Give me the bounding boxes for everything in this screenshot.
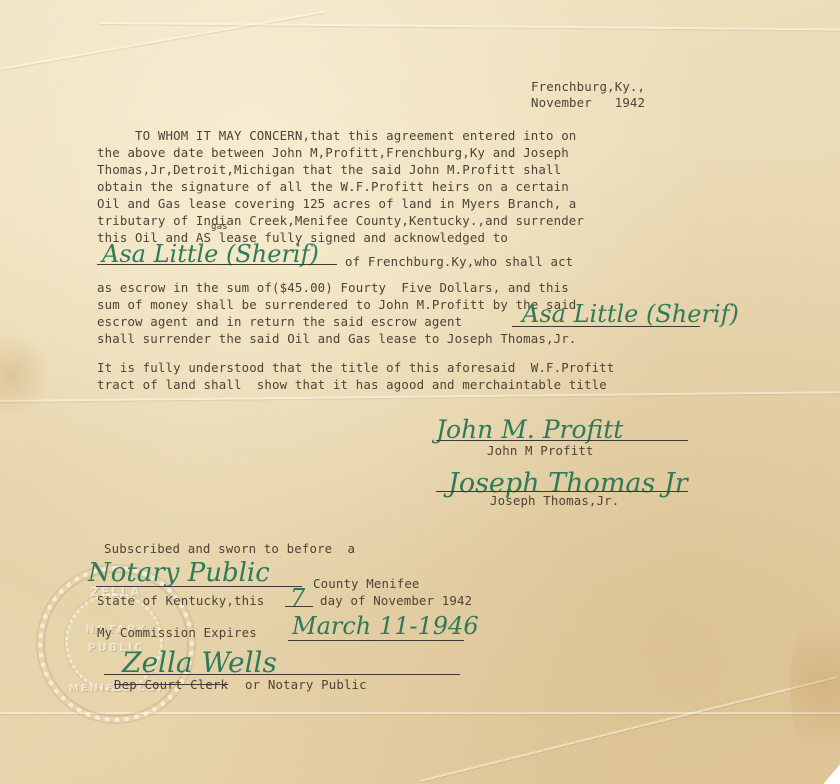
state-line-prefix: State of Kentucky,this xyxy=(97,593,264,609)
typed-name-joseph-thomas: Joseph Thomas,Jr. xyxy=(490,493,619,509)
body-line: of Frenchburg.Ky,who shall act xyxy=(345,254,573,270)
state-line-suffix: day of November 1942 xyxy=(320,593,472,609)
fill-line xyxy=(285,606,313,607)
header-date: November 1942 xyxy=(531,95,645,111)
body-line: the above date between John M,Profitt,Fr… xyxy=(97,145,569,161)
notary-title: or Notary Public xyxy=(245,677,367,693)
embossed-notary-seal: ZELLA NOTARY PUBLIC MENIFEE CO. xyxy=(38,566,194,722)
struck-title-dep-court-clerk: Dep Court Clerk xyxy=(114,677,228,693)
handwritten-notary-title: Notary Public xyxy=(88,558,270,588)
handwritten-day: 7 xyxy=(290,584,305,612)
signature-line xyxy=(436,491,688,492)
handwritten-escrow-agent-2: Asa Little (Sherif) xyxy=(522,300,739,328)
fill-line xyxy=(288,640,464,641)
body-line: tract of land shall show that it has ago… xyxy=(97,377,607,393)
body-line: shall surrender the said Oil and Gas lea… xyxy=(97,331,576,347)
sworn-statement: Subscribed and sworn to before a xyxy=(104,541,355,557)
commission-label: My Commission Expires xyxy=(97,625,257,641)
body-line: It is fully understood that the title of… xyxy=(97,360,614,376)
header-place: Frenchburg,Ky., xyxy=(531,79,645,95)
body-line: TO WHOM IT MAY CONCERN,that this agreeme… xyxy=(97,128,576,144)
body-line: tributary of Indian Creek,Menifee County… xyxy=(97,213,584,229)
signature-line xyxy=(104,674,460,675)
body-line: Oil and Gas lease covering 125 acres of … xyxy=(97,196,576,212)
typed-correction-gas: gas xyxy=(211,219,228,235)
body-line: as escrow in the sum of($45.00) Fourty F… xyxy=(97,280,569,296)
body-line: escrow agent and in return the said escr… xyxy=(97,314,462,330)
body-line: sum of money shall be surrendered to Joh… xyxy=(97,297,576,313)
fill-line xyxy=(512,326,700,327)
typed-name-john-profitt: John M Profitt xyxy=(487,443,594,459)
signature-line xyxy=(436,440,688,441)
body-line: obtain the signature of all the W.F.Prof… xyxy=(97,179,569,195)
fill-line xyxy=(96,586,302,587)
fill-line xyxy=(97,264,337,265)
handwritten-commission-date: March 11-1946 xyxy=(292,612,479,640)
county-label: County Menifee xyxy=(313,576,420,592)
body-line: Thomas,Jr,Detroit,Michigan that the said… xyxy=(97,162,561,178)
